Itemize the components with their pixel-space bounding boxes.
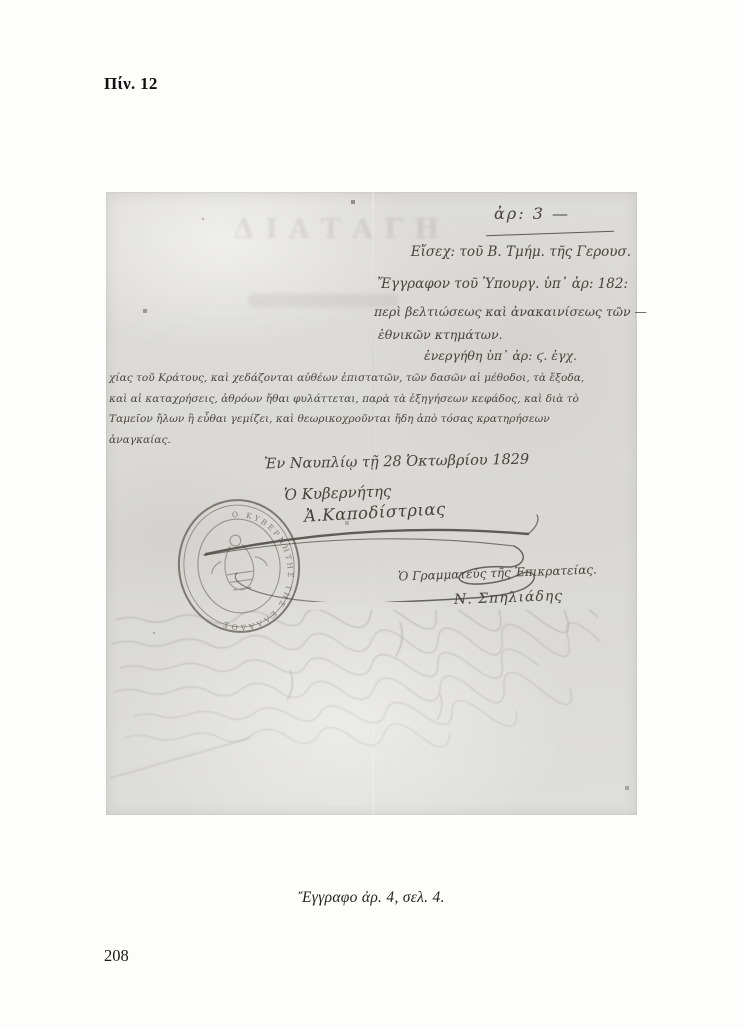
header-line-1: Εἴσεχ: τοῦ Β. Τμήμ. τῆς Γερουσ. <box>411 244 631 260</box>
figure-caption: Ἔγγραφο ἀρ. 4, σελ. 4. <box>0 889 743 907</box>
header-line-2: Ἔγγραφον τοῦ Ὑπουργ. ὑπ᾽ ἀρ: 182: <box>377 276 628 292</box>
document-number-underline <box>486 231 614 236</box>
signature-flourish <box>176 514 548 602</box>
verso-bleedthrough-scribbles <box>110 610 633 795</box>
document-number: ἀρ: 3 — <box>494 204 570 223</box>
body-line-1: χίας τοῦ Κράτους, καὶ χεδάζονται αὐθέων … <box>109 368 635 389</box>
bleedthrough-ghost-title: ΔΙΑΤΑΓΗ <box>202 214 482 245</box>
body-paragraph: χίας τοῦ Κράτους, καὶ χεδάζονται αὐθέων … <box>109 368 635 450</box>
body-line-4: ἀναγκαίας. <box>109 430 635 451</box>
dateline: Ἐν Ναυπλίῳ τῇ 28 Ὀκτωβρίου 1829 <box>264 452 529 473</box>
page-number: 208 <box>104 946 129 966</box>
document-scan: ΔΙΑΤΑΓΗ ἀρ: 3 — Εἴσεχ: τοῦ Β. Τμήμ. τῆς … <box>106 192 637 815</box>
header-line-3: περὶ βελτιώσεως καὶ ἀνακαινίσεως τῶν — <box>374 304 647 319</box>
paper-specks <box>106 192 108 194</box>
header-line-5: ἐνεργήθη ὑπ᾽ ἀρ: ϛ. ἐγχ. <box>424 348 577 363</box>
body-line-3: Ταμεῖον ἤλων ἢ εὖθαι γεμίζει, καὶ θεωρικ… <box>109 409 635 430</box>
secretary-signature: Ν. Σπηλιάδης <box>454 588 564 608</box>
body-line-2: καὶ αἱ καταχρήσεις, ἀθρόων ἤθαι φυλάττετ… <box>109 389 635 410</box>
header-line-4: ἐθνικῶν κτημάτων. <box>378 327 503 342</box>
plate-label: Πίν. 12 <box>104 74 158 94</box>
